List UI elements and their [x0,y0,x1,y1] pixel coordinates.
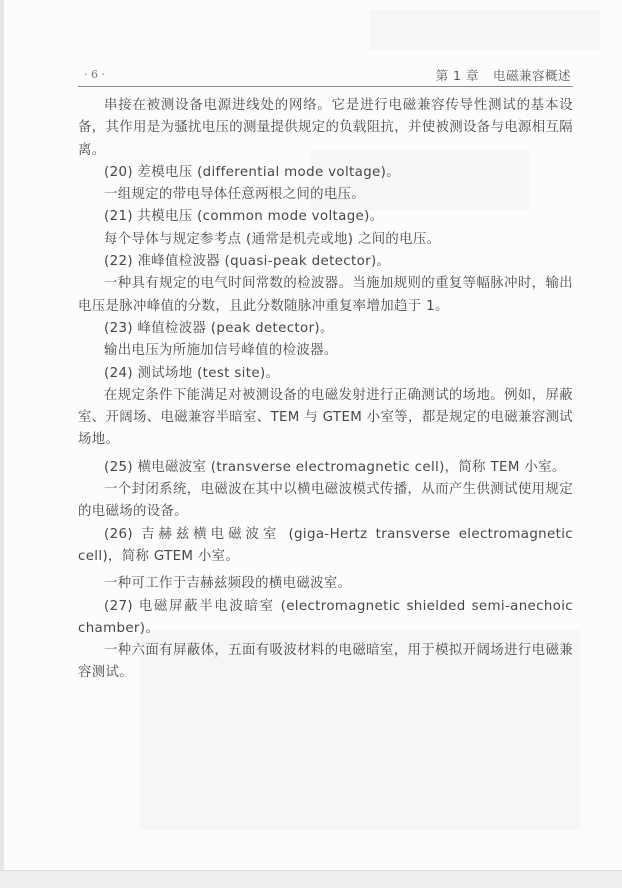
term-definition-25: 一个封闭系统，电磁波在其中以横电磁波模式传播，从而产生供测试使用规定的电磁场的设… [78,479,573,524]
term-definition-27: 一种六面有屏蔽体，五面有吸波材料的电磁暗室，用于模拟开阔场进行电磁兼容测试。 [78,640,573,685]
body-text: 串接在被测设备电源进线处的网络。它是进行电磁兼容传导性测试的基本设备，其作用是为… [78,95,573,685]
term-heading-22: (22) 准峰值检波器 (quasi-peak detector)。 [78,251,573,273]
page-number: · 6 · [84,68,105,81]
running-header: · 6 · 第 1 章电磁兼容概述 [78,64,573,87]
book-page: · 6 · 第 1 章电磁兼容概述 串接在被测设备电源进线处的网络。它是进行电磁… [0,0,622,888]
term-definition-20: 一组规定的带电导体任意两根之间的电压。 [78,184,573,206]
term-heading-24: (24) 测试场地 (test site)。 [78,363,573,385]
term-heading-21: (21) 共模电压 (common mode voltage)。 [78,206,573,228]
chapter-title: 电磁兼容概述 [493,68,571,83]
term-heading-25: (25) 横电磁波室 (transverse electromagnetic c… [78,457,573,479]
term-definition-26: 一种可工作于吉赫兹频段的横电磁波室。 [78,573,573,595]
term-heading-26: (26) 吉赫兹横电磁波室 (giga-Hertz transverse ele… [78,524,573,569]
term-definition-22: 一种具有规定的电气时间常数的检波器。当施加规则的重复等幅脉冲时，输出电压是脉冲峰… [78,273,573,318]
bleed-through-texture [370,10,600,50]
chapter-label: 第 1 章 [436,68,479,83]
page-bottom-edge [0,870,622,888]
term-heading-20: (20) 差模电压 (differential mode voltage)。 [78,162,573,184]
running-head-title: 第 1 章电磁兼容概述 [436,66,571,84]
paragraph: 串接在被测设备电源进线处的网络。它是进行电磁兼容传导性测试的基本设备，其作用是为… [78,95,573,162]
term-definition-21: 每个导体与规定参考点 (通常是机壳或地) 之间的电压。 [78,229,573,251]
term-heading-23: (23) 峰值检波器 (peak detector)。 [78,318,573,340]
term-heading-27: (27) 电磁屏蔽半电波暗室 (electromagnetic shielded… [78,596,573,641]
term-definition-24: 在规定条件下能满足对被测设备的电磁发射进行正确测试的场地。例如，屏蔽室、开阔场、… [78,385,573,452]
page-left-edge [0,0,4,888]
term-definition-23: 输出电压为所施加信号峰值的检波器。 [78,340,573,362]
